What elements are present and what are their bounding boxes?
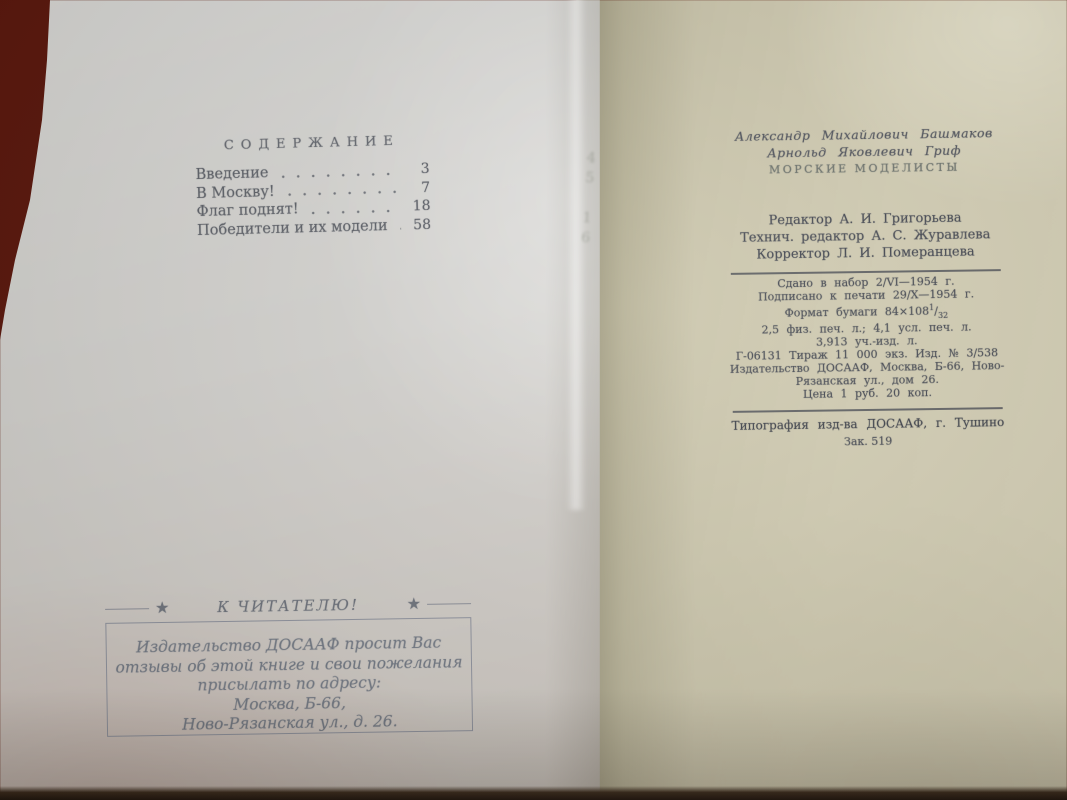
format-fraction-denominator: 32 bbox=[938, 310, 948, 319]
table-edge-shadow bbox=[0, 786, 1067, 800]
colophon: Александр Михайлович Башмаков Арнольд Як… bbox=[703, 124, 1029, 450]
table-of-contents: СОДЕРЖАНИЕ Введение 3 В Москву! 7 Флаг п… bbox=[195, 133, 432, 241]
toc-page-number: 18 bbox=[404, 198, 430, 215]
rule bbox=[427, 603, 471, 605]
dot-leader bbox=[282, 190, 401, 197]
star-icon: ★ bbox=[149, 600, 176, 616]
book-title: МОРСКИЕ МОДЕЛИСТЫ bbox=[703, 160, 1025, 177]
dot-leader bbox=[306, 208, 401, 214]
reader-note-box: Издательство ДОСААФ просит Вас отзывы об… bbox=[105, 617, 473, 737]
reader-note: ★ К ЧИТАТЕЛЮ! ★ Издательство ДОСААФ прос… bbox=[105, 593, 473, 737]
toc-page-number: 58 bbox=[405, 216, 431, 233]
toc-page-number: 7 bbox=[404, 179, 430, 196]
imprint-block: Сдано в набор 2/VI—1954 г. Подписано к п… bbox=[705, 273, 1029, 402]
star-icon: ★ bbox=[401, 596, 428, 612]
format-prefix: Формат бумаги 84×108 bbox=[784, 304, 929, 319]
rule bbox=[105, 608, 149, 610]
book-spread-photo: 45 16 СОДЕРЖАНИЕ Введение 3 В Москву! 7 … bbox=[0, 0, 1067, 800]
staff-block: Редактор А. И. Григорьева Технич. редакт… bbox=[704, 209, 1027, 264]
toc-page-number: 3 bbox=[403, 161, 429, 178]
toc-entry-label: Флаг поднят! bbox=[196, 201, 298, 220]
reader-note-title: К ЧИТАТЕЛЮ! bbox=[175, 595, 401, 617]
toc-entry-label: Введение bbox=[195, 165, 268, 183]
print-house: Типография изд-ва ДОСААФ, г. Тушино bbox=[707, 415, 1029, 433]
rule bbox=[733, 407, 1003, 412]
toc-entry-label: В Москву! bbox=[196, 184, 275, 202]
dot-leader bbox=[395, 227, 402, 231]
dot-leader bbox=[275, 171, 399, 178]
